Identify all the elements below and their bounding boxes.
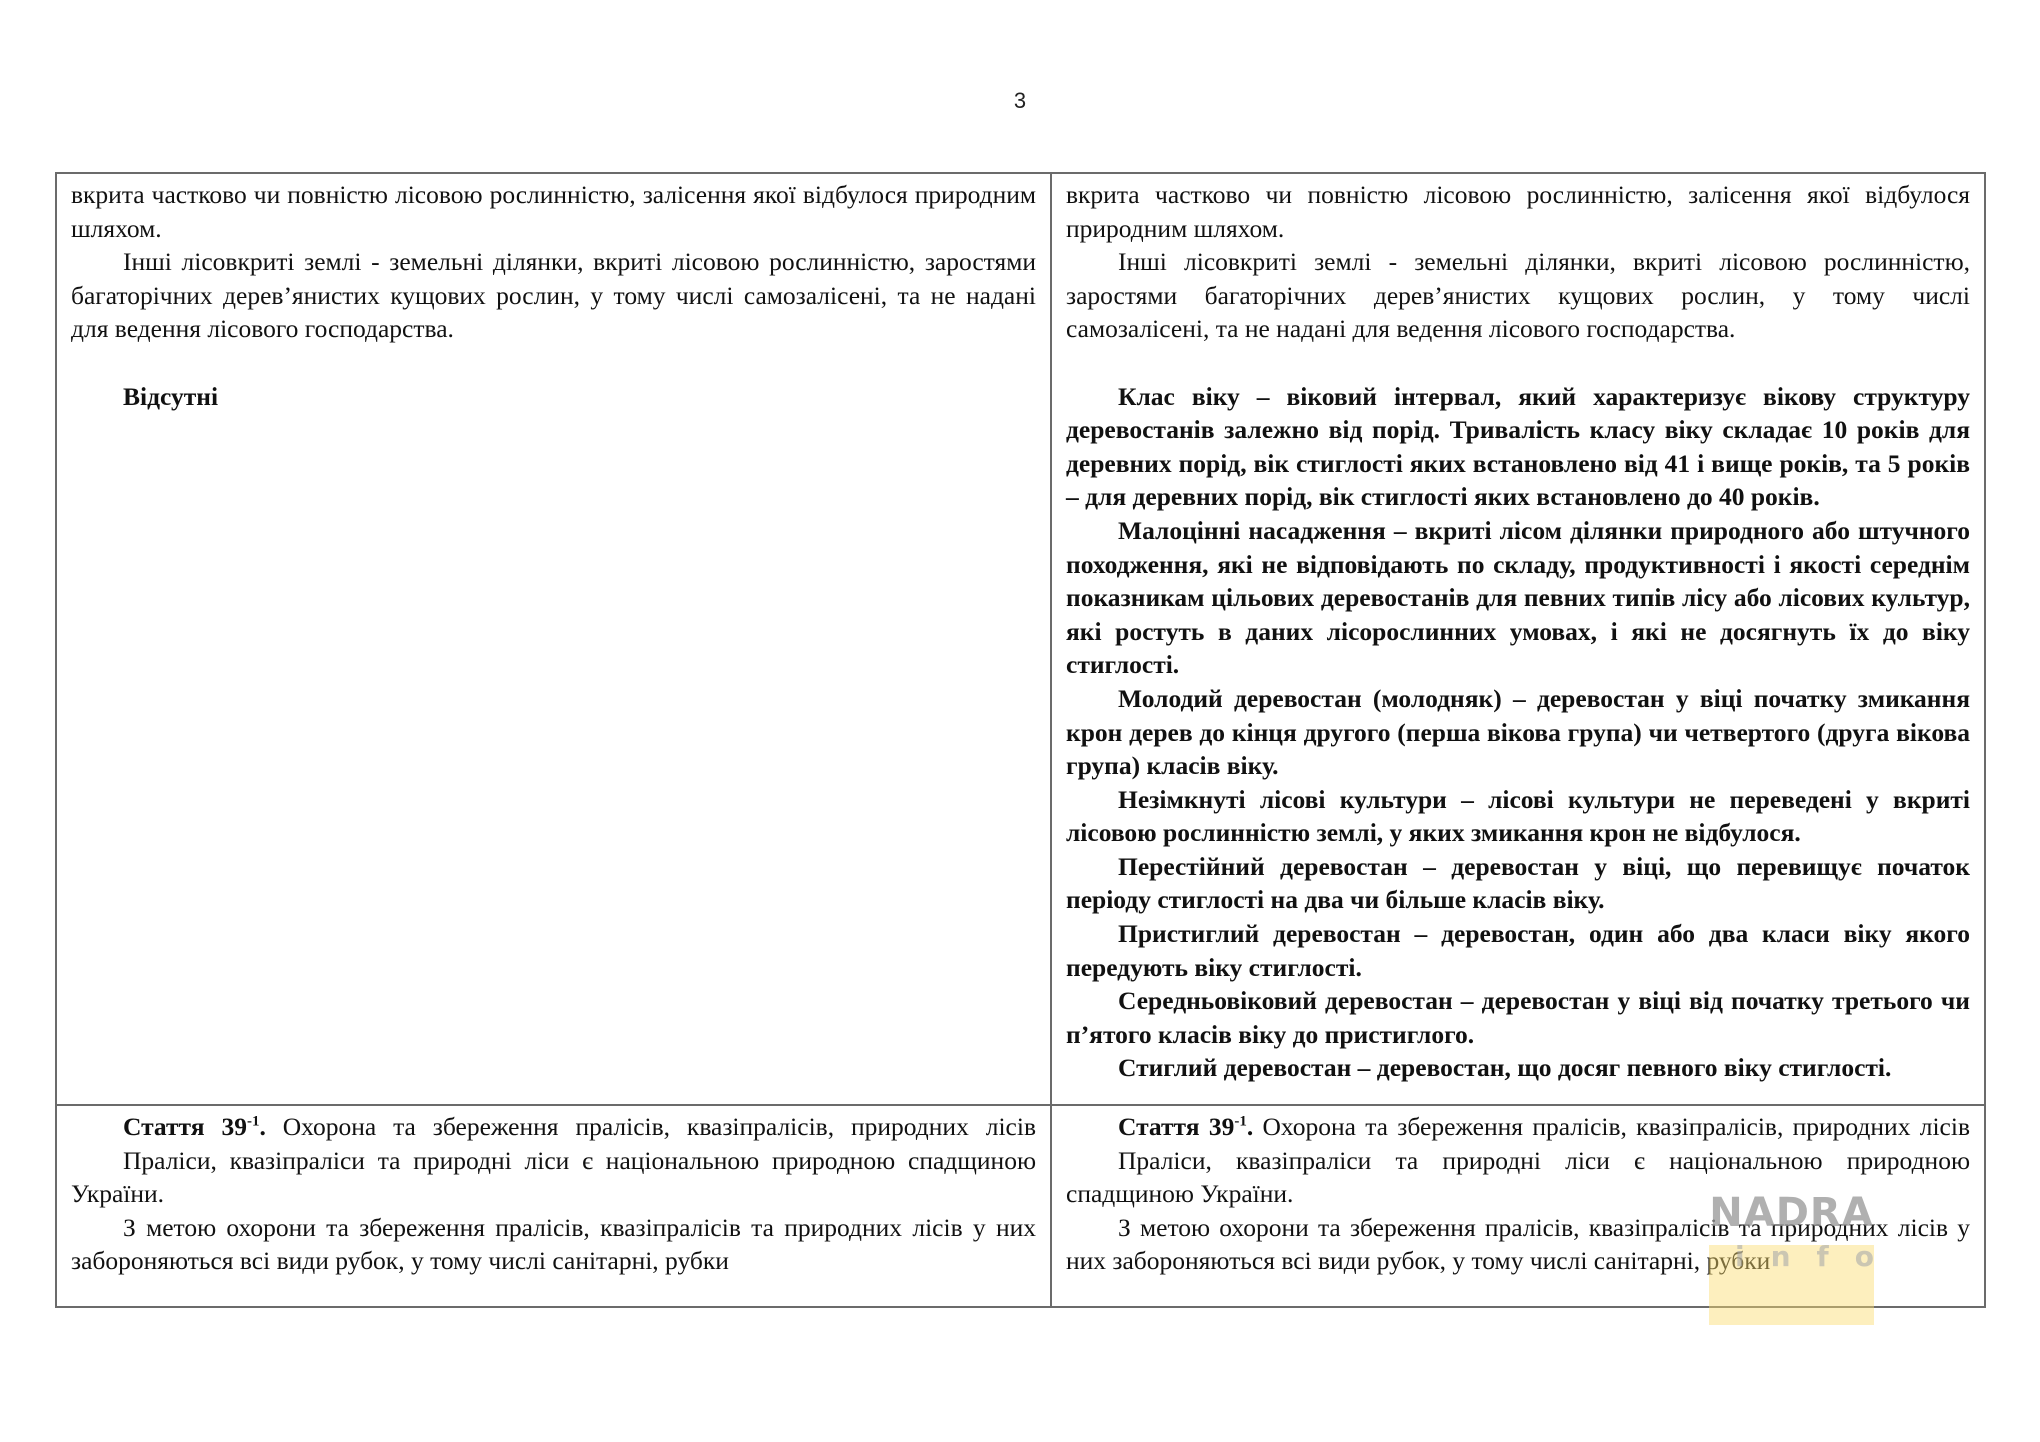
paragraph-other-forest-lands: Інші лісовкриті землі - земельні ділянки… [1066, 245, 1970, 346]
paragraph-heritage: Праліси, квазіпраліси та природні ліси є… [1066, 1144, 1970, 1211]
article-superscript: -1 [1234, 1114, 1247, 1130]
cell-proposed-version: вкрита частково чи повністю лісовою росл… [1051, 173, 1985, 1105]
cell-current-version: вкрита частково чи повністю лісовою росл… [56, 173, 1051, 1105]
table-row-article: Стаття 39-1. Охорона та збереження пралі… [56, 1105, 1985, 1307]
definition-overmature-stand: Перестійний деревостан – деревостан у ві… [1066, 850, 1970, 917]
paragraph-logging-ban: З метою охорони та збереження пралісів, … [1066, 1211, 1970, 1278]
paragraph-logging-ban: З метою охорони та збереження пралісів, … [71, 1211, 1036, 1278]
definition-young-stand: Молодий деревостан (молодняк) – деревост… [1066, 682, 1970, 783]
article-label: Стаття 39 [1118, 1112, 1234, 1141]
comparison-table: вкрита частково чи повністю лісовою росл… [55, 172, 1986, 1308]
paragraph-other-forest-lands: Інші лісовкриті землі - земельні ділянки… [71, 245, 1036, 346]
page-number: 3 [0, 88, 2040, 114]
paragraph-continued: вкрита частково чи повністю лісовою росл… [71, 178, 1036, 245]
definition-premature-stand: Пристиглий деревостан – деревостан, один… [1066, 917, 1970, 984]
article-heading: Стаття 39-1. Охорона та збереження пралі… [71, 1110, 1036, 1144]
article-dot: . [259, 1112, 265, 1141]
definition-low-value-stands: Малоцінні насадження – вкриті лісом діля… [1066, 514, 1970, 682]
article-title: Охорона та збереження пралісів, квазіпра… [1263, 1112, 1971, 1141]
paragraph-continued: вкрита частково чи повністю лісовою росл… [1066, 178, 1970, 245]
article-label: Стаття 39 [123, 1112, 247, 1141]
article-heading: Стаття 39-1. Охорона та збереження пралі… [1066, 1110, 1970, 1144]
article-superscript: -1 [247, 1114, 260, 1130]
definition-middle-aged-stand: Середньовіковий деревостан – деревостан … [1066, 984, 1970, 1051]
absent-label: Відсутні [71, 380, 1036, 414]
definition-age-class: Клас віку – віковий інтервал, який харак… [1066, 380, 1970, 514]
cell-proposed-article: Стаття 39-1. Охорона та збереження пралі… [1051, 1105, 1985, 1307]
table-row-definitions: вкрита частково чи повністю лісовою росл… [56, 173, 1985, 1105]
cell-current-article: Стаття 39-1. Охорона та збереження пралі… [56, 1105, 1051, 1307]
definition-mature-stand: Стиглий деревостан – деревостан, що дося… [1066, 1051, 1970, 1085]
article-dot: . [1247, 1112, 1253, 1141]
article-title: Охорона та збереження пралісів, квазіпра… [283, 1112, 1036, 1141]
paragraph-heritage: Праліси, квазіпраліси та природні ліси є… [71, 1144, 1036, 1211]
definition-unclosed-plantations: Незімкнуті лісові культури – лісові куль… [1066, 783, 1970, 850]
